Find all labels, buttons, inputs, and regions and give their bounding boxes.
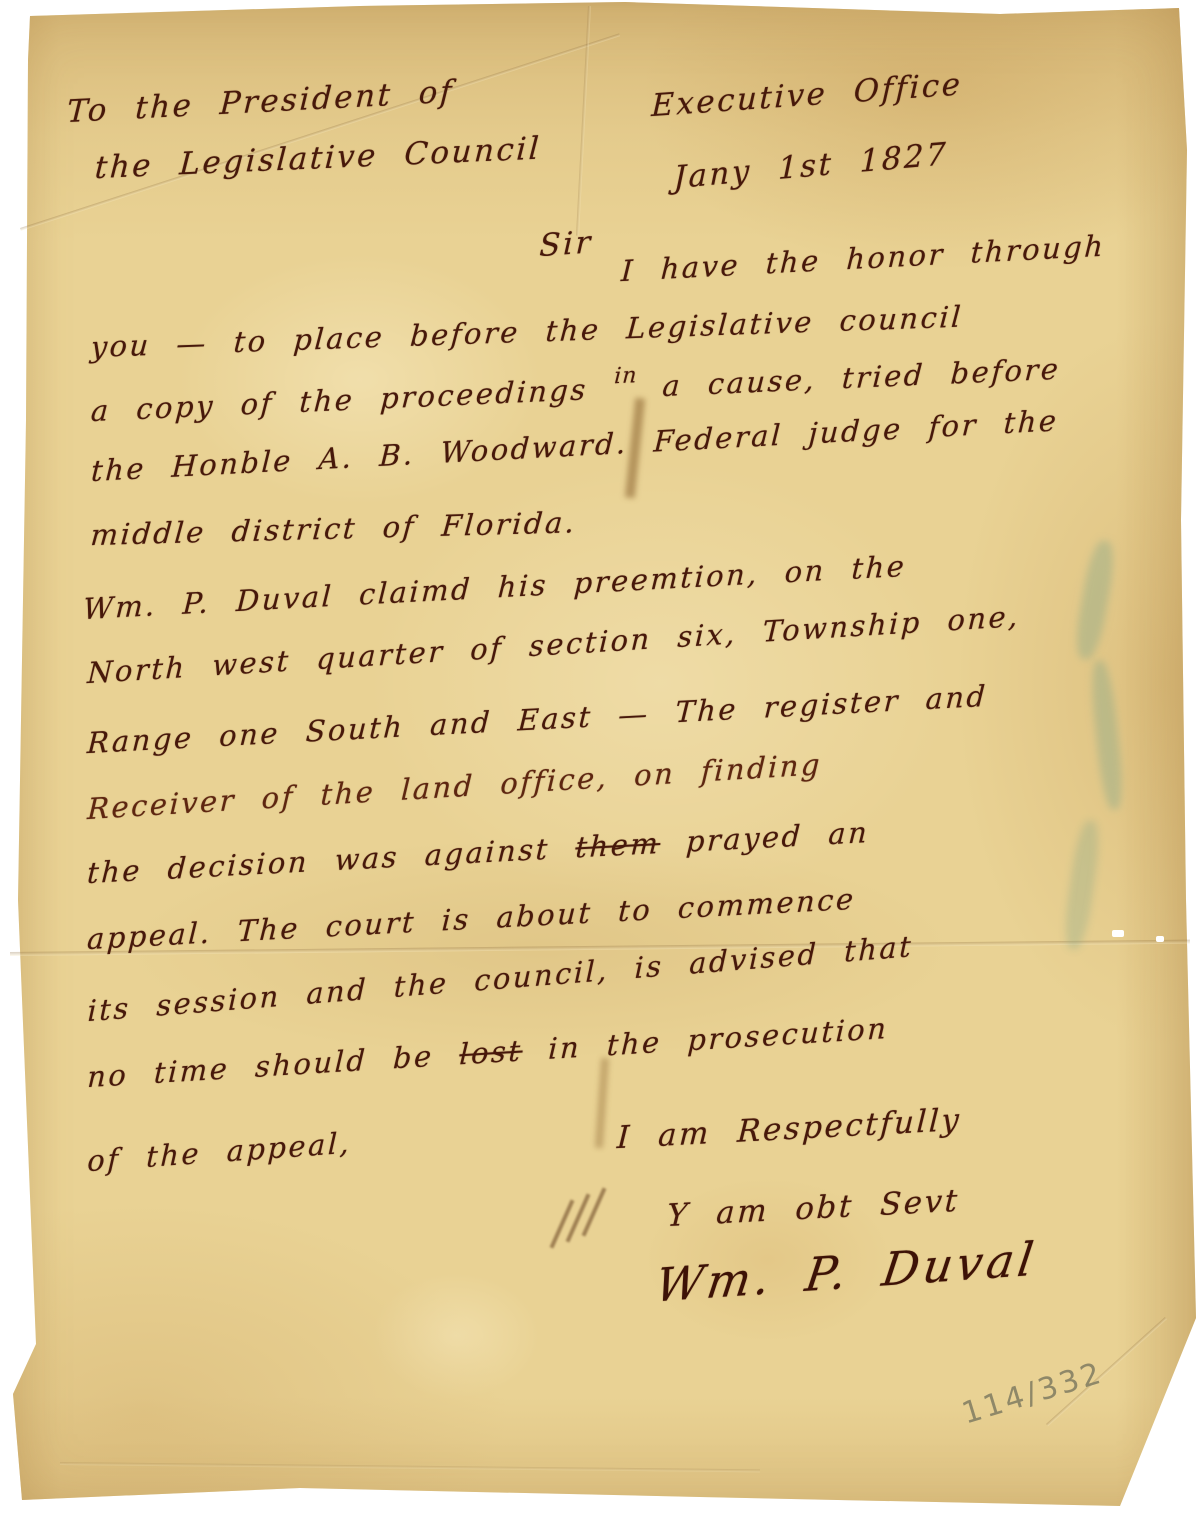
letter-paper (0, 0, 1200, 1518)
tear-hole (1156, 936, 1164, 942)
salutation: Sir (539, 224, 594, 264)
scan-background: To the President of the Legislative Coun… (0, 0, 1200, 1518)
struck-word: lost (459, 1033, 524, 1071)
inserted-word: in (614, 363, 639, 389)
struck-word: them (575, 826, 662, 865)
tear-hole (1112, 930, 1124, 937)
